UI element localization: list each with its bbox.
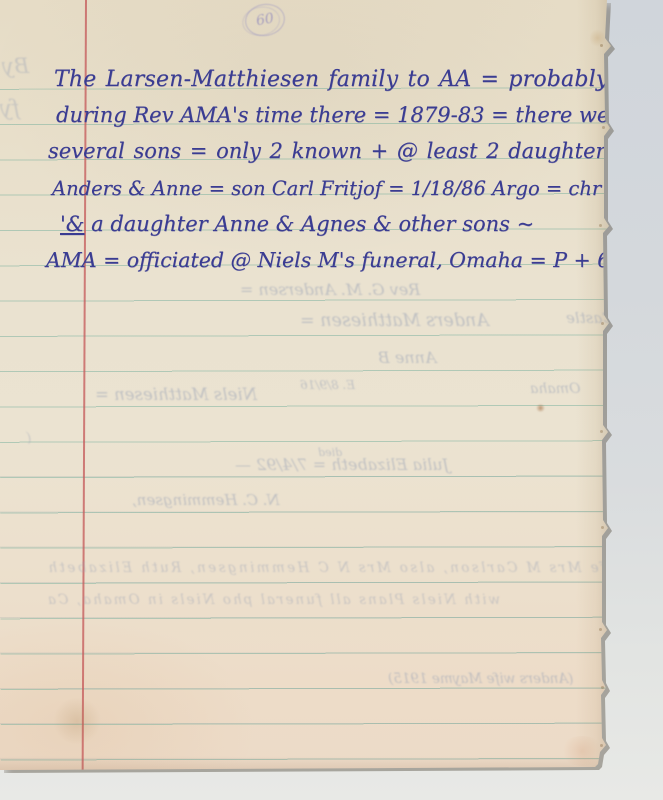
bleed-through-text: Bob's Wife Mrs M Carlson, also Mrs N C H…: [46, 560, 663, 576]
handwriting-line: during Rev AMA's time there = 1879-83 = …: [56, 103, 632, 127]
bleed-through-text: Anne B: [378, 348, 436, 367]
bleed-through-text: N. C. Hemmingsen,: [132, 491, 280, 509]
bleed-through-text: Anders Matthiesen =: [300, 311, 489, 331]
stain: [560, 736, 604, 766]
circled-page-number: 60: [243, 1, 288, 39]
handwriting-line: '& a daughter Anne & Agnes & other sons …: [60, 212, 534, 236]
bleed-through-fragment: fy: [0, 96, 20, 120]
scanned-notebook-page: 60 The Larsen-Matthiesen family to AA = …: [0, 0, 663, 800]
bleed-through-text: with Niels Plans all funeral pho Niels i…: [46, 592, 500, 608]
underlined-ampersand: '&: [60, 212, 84, 236]
bleed-through-fragment: By: [2, 54, 29, 78]
handwriting-line: The Larsen-Matthiesen family to AA = pro…: [54, 67, 609, 92]
bleed-through-text: Julia Elizabeth = 7/4/92 —: [235, 455, 449, 474]
handwriting-line: several sons = only 2 known + @ least 2 …: [48, 139, 623, 163]
stain: [590, 28, 605, 48]
bleed-through-text: E. 8/9/16: [300, 378, 355, 392]
bleed-through-text: (Anders wife Mayme 1915): [388, 671, 573, 687]
stain: [52, 698, 102, 744]
notebook-paper: 60 The Larsen-Matthiesen family to AA = …: [0, 0, 663, 800]
bleed-through-fragment: (: [26, 430, 31, 446]
handwriting-line: Anders & Anne = son Carl Fritjof = 1/18/…: [52, 177, 663, 200]
page-number-text: 60: [255, 11, 275, 30]
bleed-through-text: Rev G. M. Andersen =: [240, 280, 420, 299]
bleed-through-text: Omaha: [530, 381, 580, 397]
bleed-through-text: Niels Matthiesen =: [95, 385, 257, 404]
handwriting-line: AMA = officiated @ Niels M's funeral, Om…: [46, 248, 663, 272]
stain: [536, 404, 545, 412]
